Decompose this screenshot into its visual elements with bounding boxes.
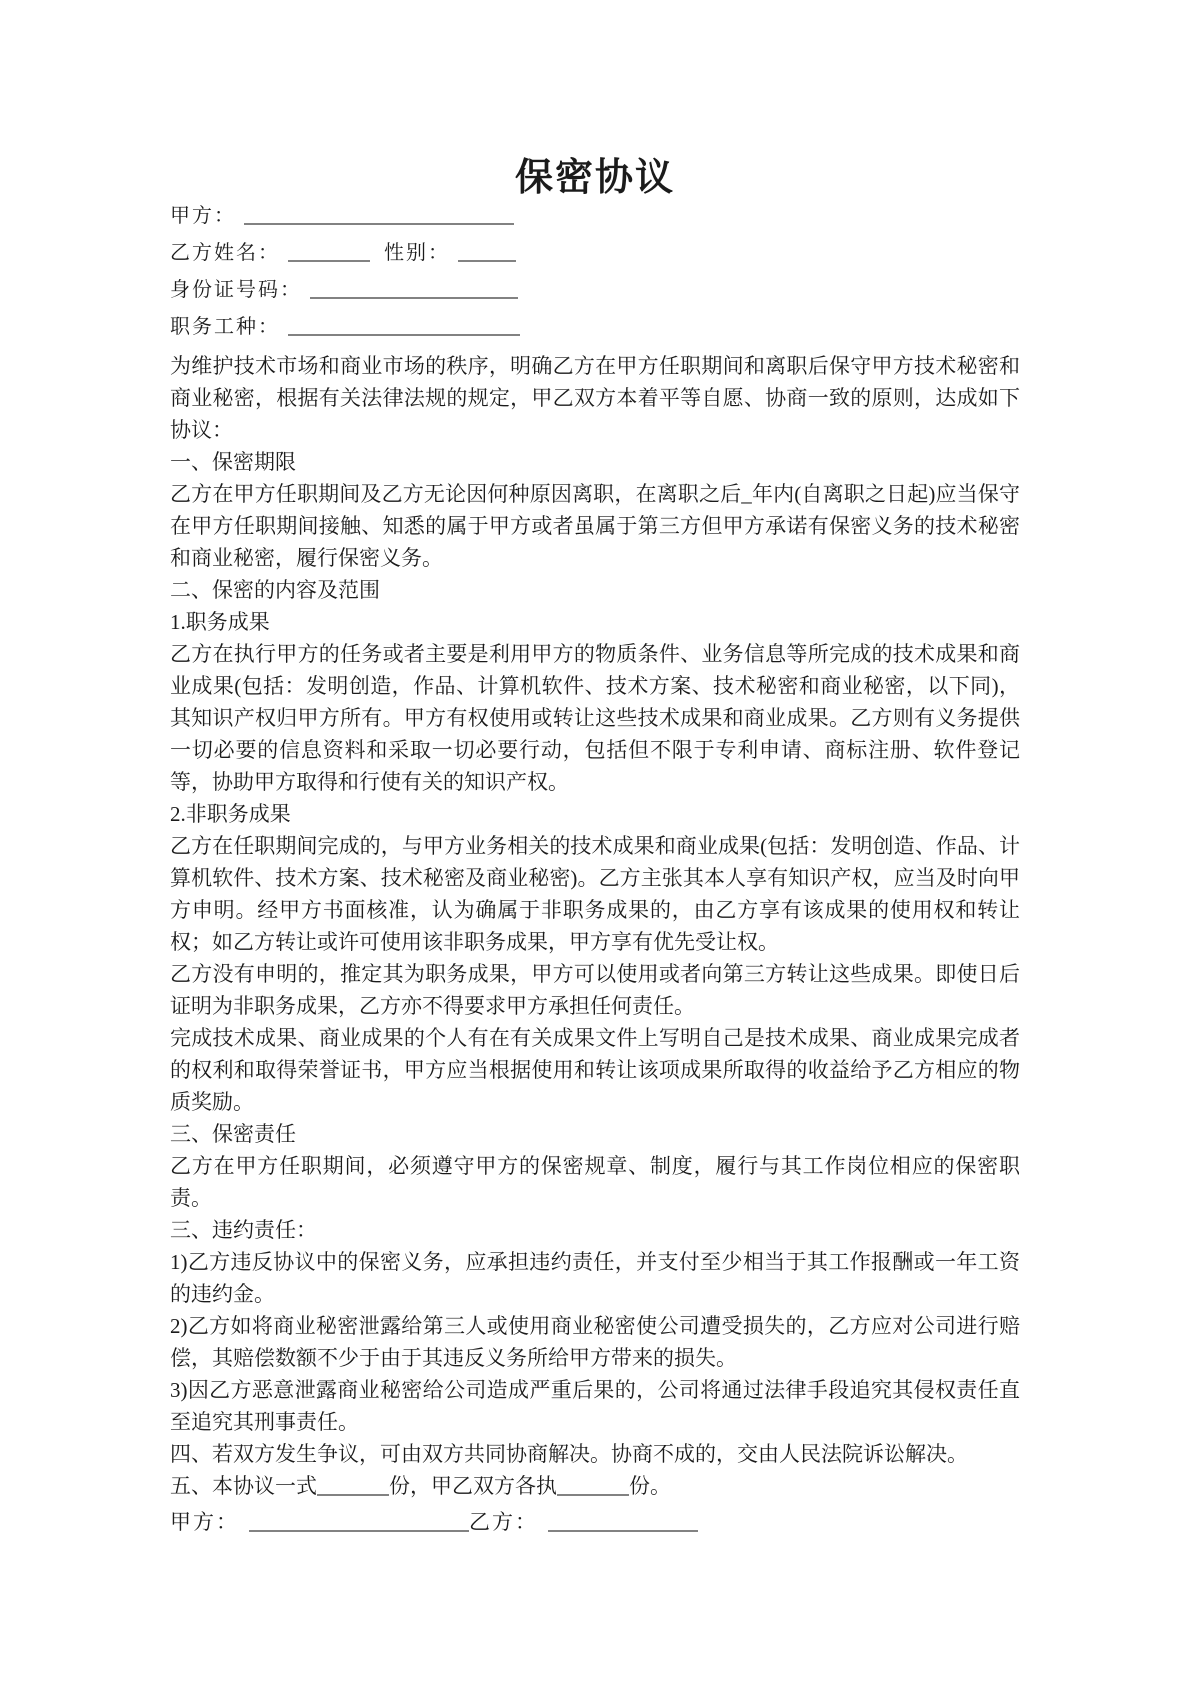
paragraph-job-results: 乙方在执行甲方的任务或者主要是利用甲方的物质条件、业务信息等所完成的技术成果和商… (170, 638, 1020, 798)
signature-party-b-label: 乙方： (469, 1510, 538, 1534)
agreement-body: 为维护技术市场和商业市场的秩序，明确乙方在甲方任职期间和离职后保守甲方技术秘密和… (170, 350, 1020, 1542)
paragraph-secrecy-term: 乙方在甲方任职期间及乙方无论因何种原因离职，在离职之后_年内(自离职之日起)应当… (170, 478, 1020, 574)
paragraph-secrecy-duty: 乙方在甲方任职期间，必须遵守甲方的保密规章、制度，履行与其工作岗位相应的保密职责… (170, 1150, 1020, 1214)
header-form-area: 甲方： 乙方姓名：性别： 身份证号码： 职务工种： (170, 198, 1020, 346)
id-number-label: 身份证号码： (170, 279, 302, 301)
party-a-label: 甲方： (170, 205, 236, 227)
id-number-blank-line (310, 296, 518, 299)
gender-label: 性别： (384, 242, 450, 264)
paragraph-non-job-results: 乙方在任职期间完成的，与甲方业务相关的技术成果和商业成果(包括：发明创造、作品、… (170, 830, 1020, 958)
party-a-blank-line (244, 222, 514, 225)
copies-count-blank-line (317, 1493, 389, 1496)
document-title: 保密协议 (170, 158, 1020, 198)
confidentiality-agreement-page: 保密协议 甲方： 乙方姓名：性别： 身份证号码： 职务工种： 为维护技术市场和商… (0, 0, 1190, 1683)
heading-secrecy-duty: 三、保密责任 (170, 1118, 1020, 1150)
form-row-id-number: 身份证号码： (170, 272, 1020, 309)
heading-secrecy-term: 一、保密期限 (170, 446, 1020, 478)
form-row-job-title: 职务工种： (170, 309, 1020, 346)
paragraph-dispute-resolution: 四、若双方发生争议，可由双方共同协商解决。协商不成的，交由人民法院诉讼解决。 (170, 1438, 1020, 1470)
copies-each-blank-line (557, 1493, 629, 1496)
copies-text-1: 五、本协议一式 (170, 1474, 317, 1498)
paragraph-no-declaration: 乙方没有申明的，推定其为职务成果，甲方可以使用或者向第三方转让这些成果。即使日后… (170, 958, 1020, 1022)
paragraph-breach-3: 3)因乙方恶意泄露商业秘密给公司造成严重后果的，公司将通过法律手段追究其侵权责任… (170, 1374, 1020, 1438)
signature-party-b-blank-line (548, 1529, 698, 1532)
gender-blank-line (458, 259, 516, 262)
form-row-party-b-name-gender: 乙方姓名：性别： (170, 235, 1020, 272)
paragraph-copies: 五、本协议一式份，甲乙双方各执份。 (170, 1470, 1020, 1502)
form-row-party-a: 甲方： (170, 198, 1020, 235)
signature-line: 甲方：乙方： (170, 1502, 1020, 1542)
party-b-name-blank-line (288, 259, 370, 262)
paragraph-breach-1: 1)乙方违反协议中的保密义务，应承担违约责任，并支付至少相当于其工作报酬或一年工… (170, 1246, 1020, 1310)
paragraph-preamble: 为维护技术市场和商业市场的秩序，明确乙方在甲方任职期间和离职后保守甲方技术秘密和… (170, 350, 1020, 446)
party-b-name-label: 乙方姓名： (170, 242, 280, 264)
signature-party-a-label: 甲方： (170, 1510, 239, 1534)
copies-text-2: 份，甲乙双方各执 (389, 1474, 557, 1498)
heading-scope: 二、保密的内容及范围 (170, 574, 1020, 606)
copies-text-3: 份。 (629, 1474, 671, 1498)
signature-party-a-blank-line (249, 1529, 469, 1532)
job-title-blank-line (288, 333, 520, 336)
document-content: 保密协议 甲方： 乙方姓名：性别： 身份证号码： 职务工种： 为维护技术市场和商… (170, 158, 1020, 1542)
heading-non-job-results: 2.非职务成果 (170, 798, 1020, 830)
job-title-label: 职务工种： (170, 316, 280, 338)
heading-breach-liability: 三、违约责任： (170, 1214, 1020, 1246)
paragraph-breach-2: 2)乙方如将商业秘密泄露给第三人或使用商业秘密使公司遭受损失的，乙方应对公司进行… (170, 1310, 1020, 1374)
heading-job-results: 1.职务成果 (170, 606, 1020, 638)
paragraph-honor-certificate: 完成技术成果、商业成果的个人有在有关成果文件上写明自己是技术成果、商业成果完成者… (170, 1022, 1020, 1118)
